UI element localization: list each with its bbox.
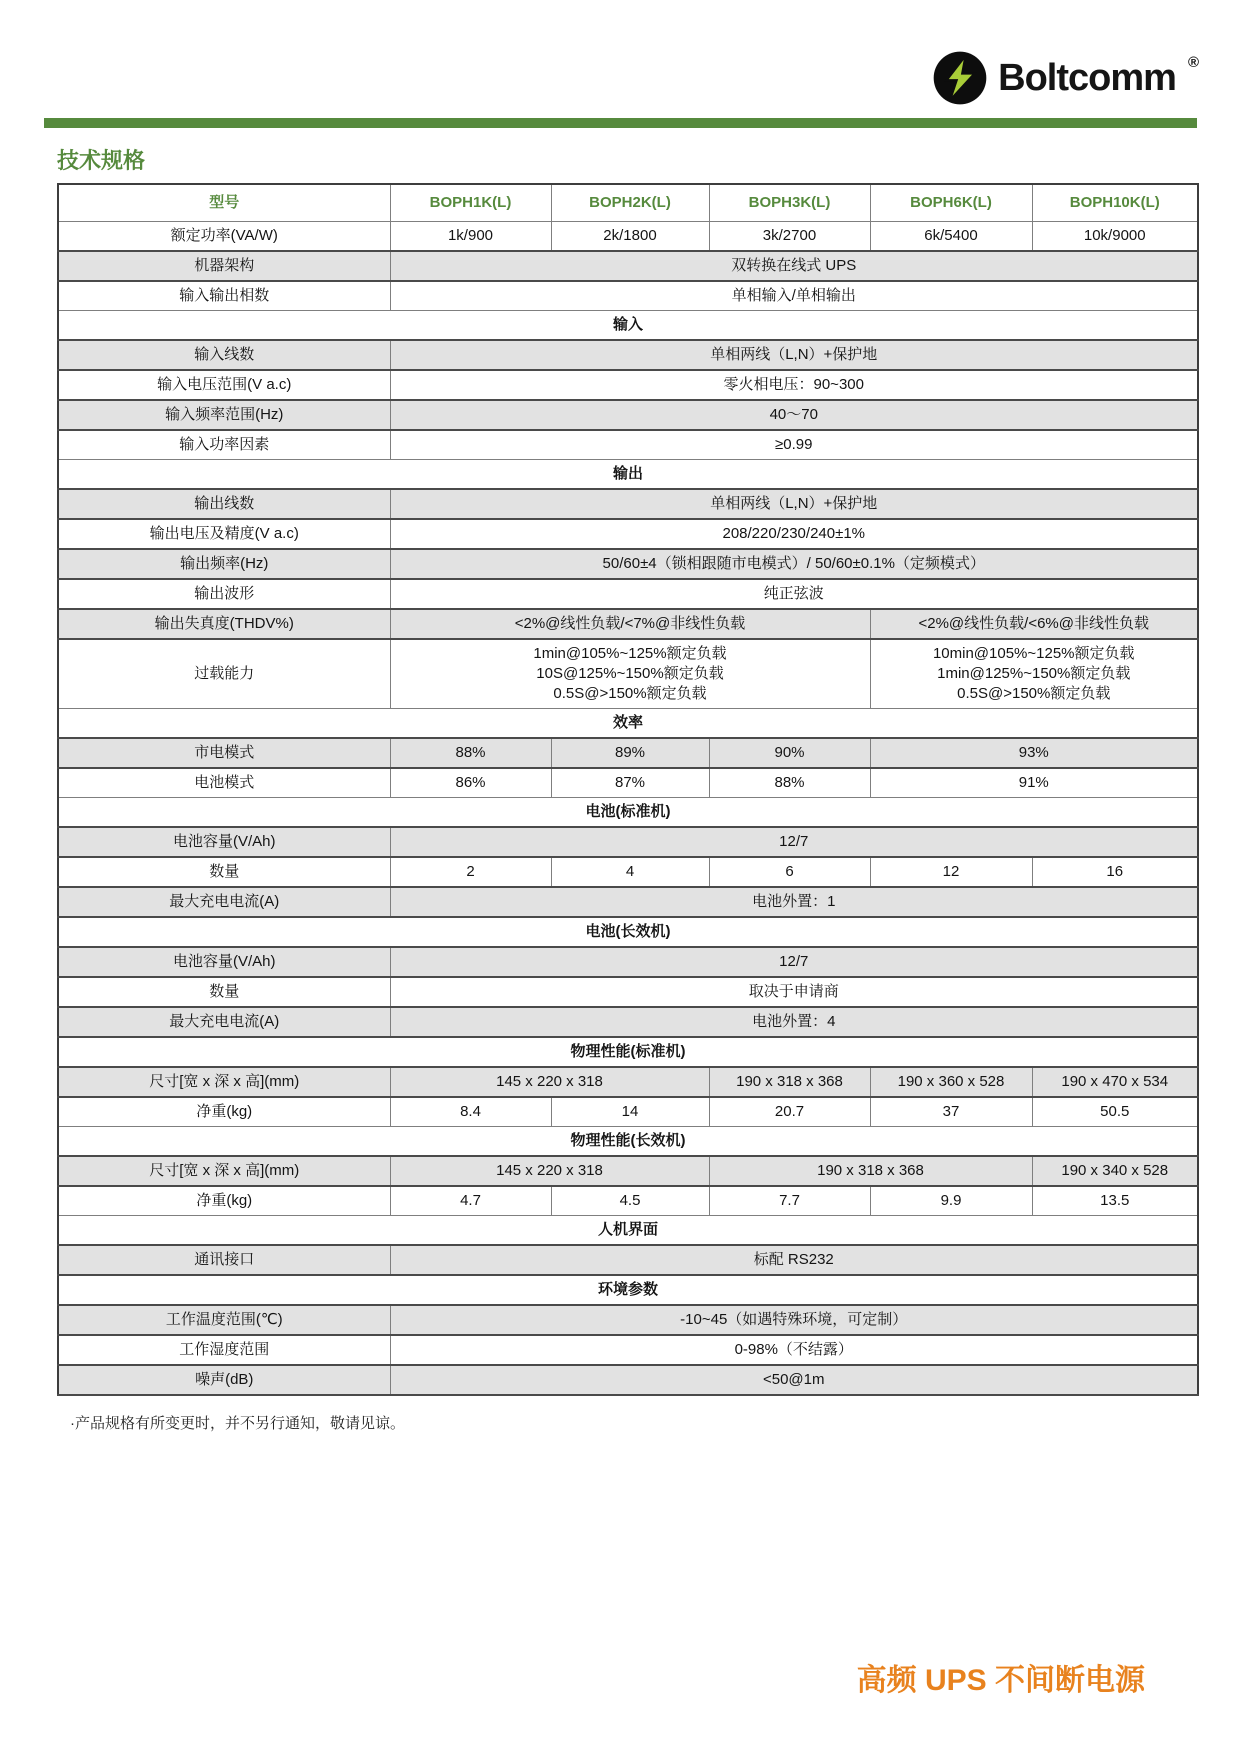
section-title: 人机界面: [58, 1216, 1198, 1246]
table-row: 输出失真度(THDV%)<2%@线性负载/<7%@非线性负载<2%@线性负载/<…: [58, 609, 1198, 639]
cell-value: 16: [1032, 857, 1198, 887]
cell-value: 14: [551, 1097, 709, 1127]
cell-value: 190 x 470 x 534: [1032, 1067, 1198, 1097]
row-label: 额定功率(VA/W): [58, 222, 390, 252]
cell-value: 145 x 220 x 318: [390, 1156, 709, 1186]
cell-value: 91%: [870, 768, 1198, 798]
table-row: 输入功率因素≥0.99: [58, 430, 1198, 460]
table-row: 输出频率(Hz)50/60±4（锁相跟随市电模式）/ 50/60±0.1%（定频…: [58, 549, 1198, 579]
cell-value: 6k/5400: [870, 222, 1032, 252]
section-row: 人机界面: [58, 1216, 1198, 1246]
cell-value: 单相输入/单相输出: [390, 281, 1198, 311]
table-row: 输入电压范围(V a.c)零火相电压：90~300: [58, 370, 1198, 400]
table-row: 输出电压及精度(V a.c)208/220/230/240±1%: [58, 519, 1198, 549]
cell-value: 4.5: [551, 1186, 709, 1216]
cell-value: 3k/2700: [709, 222, 870, 252]
table-row: 电池容量(V/Ah)12/7: [58, 827, 1198, 857]
section-title: 效率: [58, 709, 1198, 739]
table-row: 输出线数单相两线（L,N）+保护地: [58, 489, 1198, 519]
cell-value: 取决于申请商: [390, 977, 1198, 1007]
section-title: 环境参数: [58, 1275, 1198, 1305]
cell-value: 8.4: [390, 1097, 551, 1127]
cell-value: 单相两线（L,N）+保护地: [390, 340, 1198, 370]
datasheet-page: Boltcomm ® 技术规格 型号 BOPH1K(L) BOPH2K(L) B…: [0, 0, 1241, 1754]
cell-value: 86%: [390, 768, 551, 798]
cell-value: 93%: [870, 738, 1198, 768]
table-row: 额定功率(VA/W)1k/9002k/18003k/27006k/540010k…: [58, 222, 1198, 252]
cell-value: 7.7: [709, 1186, 870, 1216]
table-row: 尺寸[宽 x 深 x 高](mm)145 x 220 x 318190 x 31…: [58, 1067, 1198, 1097]
table-row: 通讯接口标配 RS232: [58, 1245, 1198, 1275]
row-label: 输出线数: [58, 489, 390, 519]
section-title: 输入: [58, 311, 1198, 341]
table-row: 数量取决于申请商: [58, 977, 1198, 1007]
cell-value: 145 x 220 x 318: [390, 1067, 709, 1097]
row-label: 净重(kg): [58, 1186, 390, 1216]
cell-value: 88%: [390, 738, 551, 768]
cell-value: 单相两线（L,N）+保护地: [390, 489, 1198, 519]
section-row: 效率: [58, 709, 1198, 739]
cell-value: 50.5: [1032, 1097, 1198, 1127]
lightning-bolt-icon: [932, 50, 988, 106]
cell-value: 6: [709, 857, 870, 887]
row-label: 电池容量(V/Ah): [58, 827, 390, 857]
section-row: 环境参数: [58, 1275, 1198, 1305]
header-divider-bar: [44, 118, 1197, 128]
cell-value: 电池外置：1: [390, 887, 1198, 917]
row-label: 最大充电电流(A): [58, 887, 390, 917]
cell-value: 20.7: [709, 1097, 870, 1127]
cell-value: 纯正弦波: [390, 579, 1198, 609]
table-row: 市电模式88%89%90%93%: [58, 738, 1198, 768]
table-row: 工作湿度范围0-98%（不结露）: [58, 1335, 1198, 1365]
row-label: 数量: [58, 977, 390, 1007]
cell-value: 50/60±4（锁相跟随市电模式）/ 50/60±0.1%（定频模式）: [390, 549, 1198, 579]
row-label: 噪声(dB): [58, 1365, 390, 1395]
table-row: 工作温度范围(℃)-10~45（如遇特殊环境，可定制）: [58, 1305, 1198, 1335]
table-row: 电池模式86%87%88%91%: [58, 768, 1198, 798]
table-row: 机器架构双转换在线式 UPS: [58, 251, 1198, 281]
cell-value: 标配 RS232: [390, 1245, 1198, 1275]
section-row: 物理性能(长效机): [58, 1127, 1198, 1157]
cell-value: 12/7: [390, 827, 1198, 857]
row-label: 最大充电电流(A): [58, 1007, 390, 1037]
row-label: 通讯接口: [58, 1245, 390, 1275]
section-row: 物理性能(标准机): [58, 1037, 1198, 1067]
cell-value: 2k/1800: [551, 222, 709, 252]
page-title: 技术规格: [57, 144, 1197, 175]
row-label: 机器架构: [58, 251, 390, 281]
section-row: 输出: [58, 460, 1198, 490]
row-label: 尺寸[宽 x 深 x 高](mm): [58, 1067, 390, 1097]
cell-value: 12/7: [390, 947, 1198, 977]
model-header-row: 型号 BOPH1K(L) BOPH2K(L) BOPH3K(L) BOPH6K(…: [58, 184, 1198, 222]
cell-value: 89%: [551, 738, 709, 768]
cell-value: 1min@105%~125%额定负载 10S@125%~150%额定负载 0.5…: [390, 639, 870, 709]
table-row: 输出波形纯正弦波: [58, 579, 1198, 609]
model-column-header: BOPH6K(L): [870, 184, 1032, 222]
footnote: ·产品规格有所变更时，并不另行通知，敬请见谅。: [70, 1412, 1197, 1433]
cell-value: 10min@105%~125%额定负载 1min@125%~150%额定负载 0…: [870, 639, 1198, 709]
section-title: 物理性能(标准机): [58, 1037, 1198, 1067]
spec-table-body: 额定功率(VA/W)1k/9002k/18003k/27006k/540010k…: [58, 222, 1198, 1396]
cell-value: 10k/9000: [1032, 222, 1198, 252]
cell-value: 9.9: [870, 1186, 1032, 1216]
cell-value: 电池外置：4: [390, 1007, 1198, 1037]
row-label: 数量: [58, 857, 390, 887]
row-label: 输入线数: [58, 340, 390, 370]
section-title: 电池(长效机): [58, 917, 1198, 947]
cell-value: 208/220/230/240±1%: [390, 519, 1198, 549]
cell-value: <2%@线性负载/<7%@非线性负载: [390, 609, 870, 639]
cell-value: 190 x 360 x 528: [870, 1067, 1032, 1097]
table-row: 噪声(dB)<50@1m: [58, 1365, 1198, 1395]
cell-value: 88%: [709, 768, 870, 798]
table-row: 最大充电电流(A)电池外置：4: [58, 1007, 1198, 1037]
row-label: 电池容量(V/Ah): [58, 947, 390, 977]
cell-value: -10~45（如遇特殊环境，可定制）: [390, 1305, 1198, 1335]
cell-value: ≥0.99: [390, 430, 1198, 460]
section-title: 输出: [58, 460, 1198, 490]
cell-value: 13.5: [1032, 1186, 1198, 1216]
table-row: 净重(kg)4.74.57.79.913.5: [58, 1186, 1198, 1216]
row-label: 输入功率因素: [58, 430, 390, 460]
cell-value: 190 x 318 x 368: [709, 1156, 1032, 1186]
row-label: 输出电压及精度(V a.c): [58, 519, 390, 549]
cell-value: <2%@线性负载/<6%@非线性负载: [870, 609, 1198, 639]
row-label: 输出频率(Hz): [58, 549, 390, 579]
row-label: 尺寸[宽 x 深 x 高](mm): [58, 1156, 390, 1186]
row-label: 净重(kg): [58, 1097, 390, 1127]
cell-value: 2: [390, 857, 551, 887]
table-row: 净重(kg)8.41420.73750.5: [58, 1097, 1198, 1127]
cell-value: 4: [551, 857, 709, 887]
row-label: 输出失真度(THDV%): [58, 609, 390, 639]
cell-value: 0-98%（不结露）: [390, 1335, 1198, 1365]
spec-table: 型号 BOPH1K(L) BOPH2K(L) BOPH3K(L) BOPH6K(…: [57, 183, 1199, 1396]
brand-logo: Boltcomm ®: [932, 50, 1197, 106]
table-row: 输入线数单相两线（L,N）+保护地: [58, 340, 1198, 370]
section-row: 电池(长效机): [58, 917, 1198, 947]
cell-value: 零火相电压：90~300: [390, 370, 1198, 400]
brand-name: Boltcomm: [998, 59, 1176, 97]
section-row: 输入: [58, 311, 1198, 341]
table-row: 数量2461216: [58, 857, 1198, 887]
row-label: 市电模式: [58, 738, 390, 768]
model-header-label: 型号: [58, 184, 390, 222]
row-label: 输出波形: [58, 579, 390, 609]
row-label: 电池模式: [58, 768, 390, 798]
table-row: 电池容量(V/Ah)12/7: [58, 947, 1198, 977]
footer-tagline: 高频 UPS 不间断电源: [857, 1655, 1145, 1699]
row-label: 过载能力: [58, 639, 390, 709]
table-row: 尺寸[宽 x 深 x 高](mm)145 x 220 x 318190 x 31…: [58, 1156, 1198, 1186]
cell-value: <50@1m: [390, 1365, 1198, 1395]
cell-value: 87%: [551, 768, 709, 798]
model-column-header: BOPH10K(L): [1032, 184, 1198, 222]
cell-value: 双转换在线式 UPS: [390, 251, 1198, 281]
section-title: 物理性能(长效机): [58, 1127, 1198, 1157]
row-label: 输入输出相数: [58, 281, 390, 311]
cell-value: 12: [870, 857, 1032, 887]
cell-value: 190 x 318 x 368: [709, 1067, 870, 1097]
row-label: 输入电压范围(V a.c): [58, 370, 390, 400]
table-row: 最大充电电流(A)电池外置：1: [58, 887, 1198, 917]
model-column-header: BOPH2K(L): [551, 184, 709, 222]
row-label: 输入频率范围(Hz): [58, 400, 390, 430]
cell-value: 90%: [709, 738, 870, 768]
table-row: 输入频率范围(Hz)40～70: [58, 400, 1198, 430]
registered-trademark-symbol: ®: [1188, 54, 1199, 71]
table-row: 过载能力1min@105%~125%额定负载 10S@125%~150%额定负载…: [58, 639, 1198, 709]
page-header: Boltcomm ®: [44, 0, 1197, 112]
cell-value: 4.7: [390, 1186, 551, 1216]
cell-value: 37: [870, 1097, 1032, 1127]
section-row: 电池(标准机): [58, 798, 1198, 828]
model-column-header: BOPH3K(L): [709, 184, 870, 222]
row-label: 工作温度范围(℃): [58, 1305, 390, 1335]
row-label: 工作湿度范围: [58, 1335, 390, 1365]
table-row: 输入输出相数单相输入/单相输出: [58, 281, 1198, 311]
model-column-header: BOPH1K(L): [390, 184, 551, 222]
cell-value: 190 x 340 x 528: [1032, 1156, 1198, 1186]
section-title: 电池(标准机): [58, 798, 1198, 828]
cell-value: 1k/900: [390, 222, 551, 252]
cell-value: 40～70: [390, 400, 1198, 430]
